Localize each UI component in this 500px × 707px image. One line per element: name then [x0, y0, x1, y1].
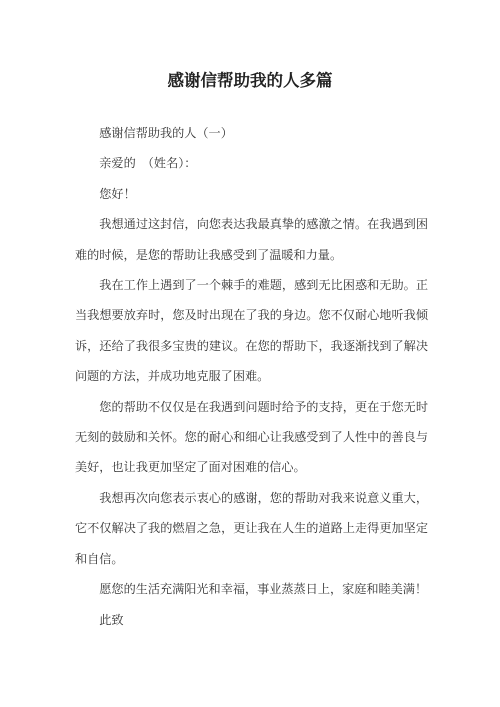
paragraph-closing: 此致 [75, 605, 428, 635]
paragraph-wish: 愿您的生活充满阳光和幸福，事业蒸蒸日上，家庭和睦美满！ [75, 574, 428, 604]
paragraph-body-1: 我想通过这封信，向您表达我最真挚的感激之情。在我遇到困难的时候，是您的帮助让我感… [75, 209, 428, 270]
document-title: 感谢信帮助我的人多篇 [0, 66, 500, 96]
document-page: 感谢信帮助我的人多篇 感谢信帮助我的人（一） 亲爱的 （姓名）： 您好！ 我想通… [0, 0, 500, 707]
paragraph-greeting: 您好！ [75, 179, 428, 209]
paragraph-subtitle: 感谢信帮助我的人（一） [75, 118, 428, 148]
document-body: 感谢信帮助我的人（一） 亲爱的 （姓名）： 您好！ 我想通过这封信，向您表达我最… [75, 118, 428, 635]
paragraph-body-2: 我在工作上遇到了一个棘手的难题，感到无比困惑和无助。正当我想要放弃时，您及时出现… [75, 270, 428, 392]
paragraph-body-3: 您的帮助不仅仅是在我遇到问题时给予的支持，更在于您无时无刻的鼓励和关怀。您的耐心… [75, 392, 428, 483]
paragraph-body-4: 我想再次向您表示衷心的感谢，您的帮助对我来说意义重大，它不仅解决了我的燃眉之急，… [75, 483, 428, 574]
paragraph-salutation: 亲爱的 （姓名）： [75, 148, 428, 178]
